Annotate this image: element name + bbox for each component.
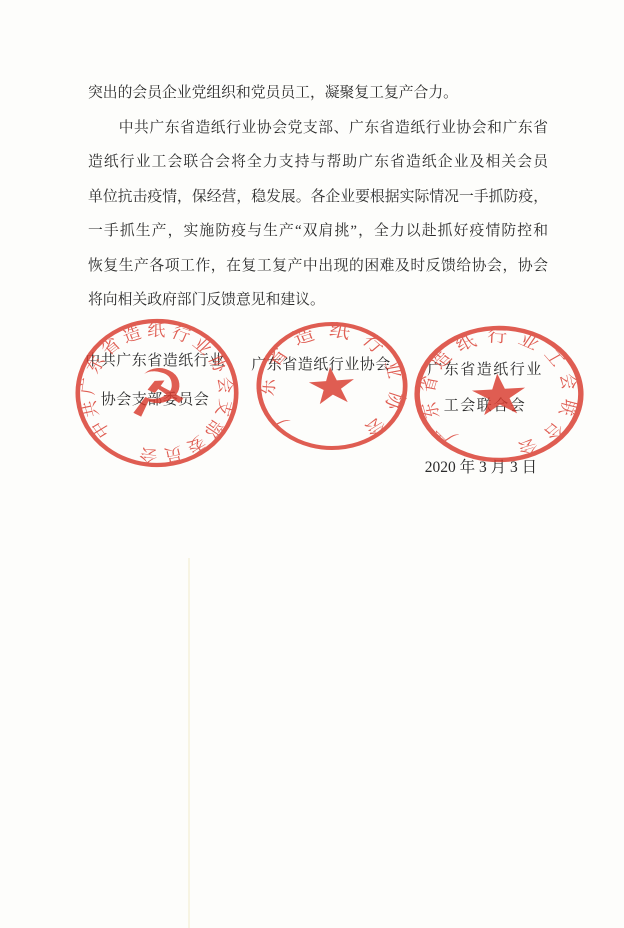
seal-stamp-association: 广东省造纸行业协会 ★ — [230, 299, 435, 472]
signature-block-association: 广东省造纸行业协会 — [248, 346, 394, 385]
date-line: 2020 年 3 月 3 日 — [418, 454, 544, 482]
paragraph-line: 一手抓生产，实施防疫与生产“双肩挑”，全力以赴抓好疫情防控和 — [88, 214, 548, 249]
signature-line: 广东省造纸行业协会 — [248, 346, 394, 385]
scan-artifact-line — [188, 558, 190, 928]
paragraph-line: 将向相关政府部门反馈意见和建议。 — [88, 283, 548, 318]
signature-line: 中共广东省造纸行业 — [85, 342, 225, 381]
body-paragraph: 突出的会员企业党组织和党员员工，凝聚复工复产合力。 中共广东省造纸行业协会党支部… — [88, 76, 548, 318]
seal-ring-text: 广东省造纸行业协会 — [230, 299, 435, 472]
paragraph-line: 中共广东省造纸行业协会党支部、广东省造纸行业协会和广东省 — [88, 111, 548, 146]
signature-block-party-branch: 中共广东省造纸行业 协会支部委员会 — [85, 342, 225, 420]
seal-ring — [253, 319, 412, 453]
scanned-document-page: { "doc": { "lines": [ "突出的会员企业党组织和党员员工，凝… — [0, 0, 624, 928]
signature-block-union: 广东省造纸行业 工会联合会 — [420, 352, 550, 424]
paragraph-line: 恢复生产各项工作，在复工复产中出现的困难及时反馈给协会，协会 — [88, 249, 548, 284]
paragraph-line: 单位抗击疫情，保经营，稳发展。各企业要根据实际情况一手抓防疫， — [88, 180, 548, 215]
signature-line: 协会支部委员会 — [85, 381, 225, 420]
signature-line: 广东省造纸行业 — [420, 352, 550, 388]
signature-line: 工会联合会 — [420, 388, 550, 424]
paragraph-line: 突出的会员企业党组织和党员员工，凝聚复工复产合力。 — [88, 76, 548, 111]
paragraph-line: 造纸行业工会联合会将全力支持与帮助广东省造纸企业及相关会员 — [88, 145, 548, 180]
